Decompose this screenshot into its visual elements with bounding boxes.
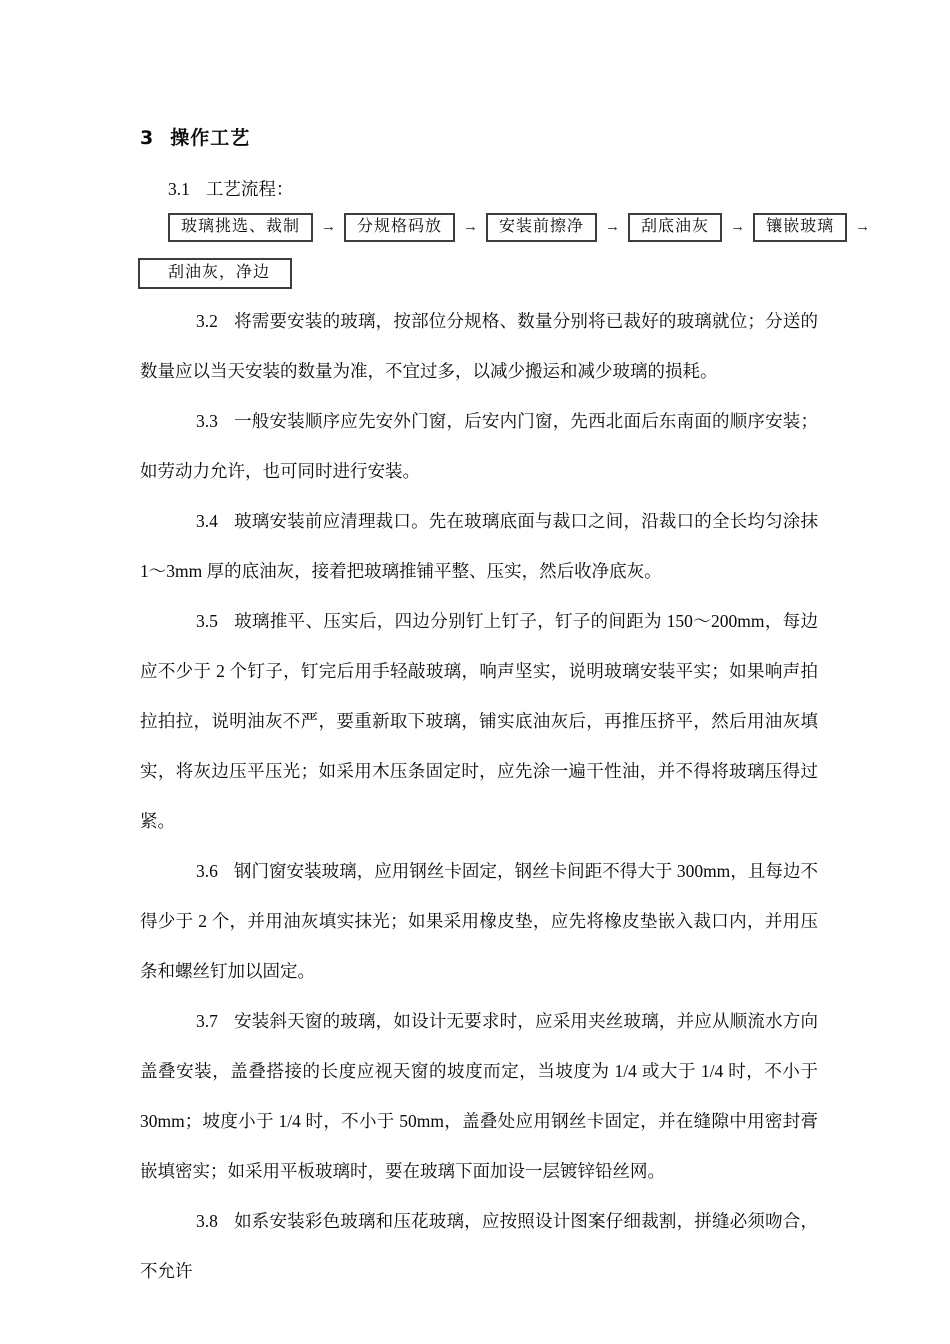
paragraph-3-8: 3.8如系安装彩色玻璃和压花玻璃，应按照设计图案仔细裁割，拼缝必须吻合，不允许: [140, 1196, 818, 1296]
paragraph-text: 一般安装顺序应先安外门窗，后安内门窗，先西北面后东南面的顺序安装；如劳动力允许，…: [140, 411, 818, 481]
paragraph-number: 3.8: [168, 1196, 218, 1246]
flow-subheading-title: 工艺流程：: [206, 179, 294, 199]
flow-subheading-number: 3.1: [168, 177, 190, 201]
flow-step-sort-by-spec: 分规格码放: [344, 213, 455, 242]
paragraph-3-6: 3.6钢门窗安装玻璃，应用钢丝卡固定，钢丝卡间距不得大于 300mm，且每边不得…: [140, 846, 818, 996]
paragraph-text: 安装斜天窗的玻璃，如设计无要求时，应采用夹丝玻璃，并应从顺流水方向盖叠安装，盖叠…: [140, 1011, 818, 1181]
document-page: 3操作工艺 3.1工艺流程： 玻璃挑选、裁制 → 分规格码放 → 安装前擦净 →…: [0, 0, 950, 1344]
paragraph-3-3: 3.3一般安装顺序应先安外门窗，后安内门窗，先西北面后东南面的顺序安装；如劳动力…: [140, 396, 818, 496]
arrow-right-icon: →: [597, 219, 628, 236]
paragraph-number: 3.7: [168, 996, 218, 1046]
paragraph-3-5: 3.5玻璃推平、压实后，四边分别钉上钉子，钉子的间距为 150～200mm，每边…: [140, 596, 818, 846]
paragraph-3-2: 3.2将需要安装的玻璃，按部位分规格、数量分别将已裁好的玻璃就位；分送的数量应以…: [140, 296, 818, 396]
section-heading: 3操作工艺: [140, 126, 818, 150]
paragraph-text: 玻璃安装前应清理裁口。先在玻璃底面与裁口之间，沿裁口的全长均匀涂抹 1～3mm …: [140, 511, 818, 581]
flow-step-clean-before-install: 安装前擦净: [486, 213, 597, 242]
section-heading-title: 操作工艺: [170, 127, 250, 149]
paragraph-number: 3.4: [168, 496, 218, 546]
paragraph-3-7: 3.7安装斜天窗的玻璃，如设计无要求时，应采用夹丝玻璃，并应从顺流水方向盖叠安装…: [140, 996, 818, 1196]
arrow-right-icon: →: [847, 219, 878, 236]
document-body: 3操作工艺 3.1工艺流程： 玻璃挑选、裁制 → 分规格码放 → 安装前擦净 →…: [140, 126, 818, 1296]
paragraph-text: 如系安装彩色玻璃和压花玻璃，应按照设计图案仔细裁割，拼缝必须吻合，不允许: [140, 1211, 818, 1281]
arrow-right-icon: →: [455, 219, 486, 236]
paragraph-number: 3.6: [168, 846, 218, 896]
paragraph-number: 3.2: [168, 296, 218, 346]
flow-step-scrape-putty: 刮油灰，净边: [138, 258, 292, 289]
flow-subheading: 3.1工艺流程：: [140, 177, 818, 201]
arrow-right-icon: →: [722, 219, 753, 236]
flow-step-glass-selection: 玻璃挑选、裁制: [168, 213, 313, 242]
paragraph-text: 将需要安装的玻璃，按部位分规格、数量分别将已裁好的玻璃就位；分送的数量应以当天安…: [140, 311, 818, 381]
flowchart-row-2: 刮油灰，净边: [138, 258, 818, 289]
flowchart-row-1: 玻璃挑选、裁制 → 分规格码放 → 安装前擦净 → 刮底油灰 → 镶嵌玻璃 →: [168, 213, 818, 242]
flow-step-set-glass: 镶嵌玻璃: [753, 213, 847, 242]
section-heading-number: 3: [140, 126, 153, 150]
paragraph-number: 3.5: [168, 596, 218, 646]
paragraph-3-4: 3.4玻璃安装前应清理裁口。先在玻璃底面与裁口之间，沿裁口的全长均匀涂抹 1～3…: [140, 496, 818, 596]
body-paragraphs: 3.2将需要安装的玻璃，按部位分规格、数量分别将已裁好的玻璃就位；分送的数量应以…: [140, 296, 818, 1296]
arrow-right-icon: →: [313, 219, 344, 236]
paragraph-number: 3.3: [168, 396, 218, 446]
paragraph-text: 钢门窗安装玻璃，应用钢丝卡固定，钢丝卡间距不得大于 300mm，且每边不得少于 …: [140, 861, 818, 981]
paragraph-text: 玻璃推平、压实后，四边分别钉上钉子，钉子的间距为 150～200mm，每边应不少…: [140, 611, 818, 831]
flow-step-base-putty: 刮底油灰: [628, 213, 722, 242]
